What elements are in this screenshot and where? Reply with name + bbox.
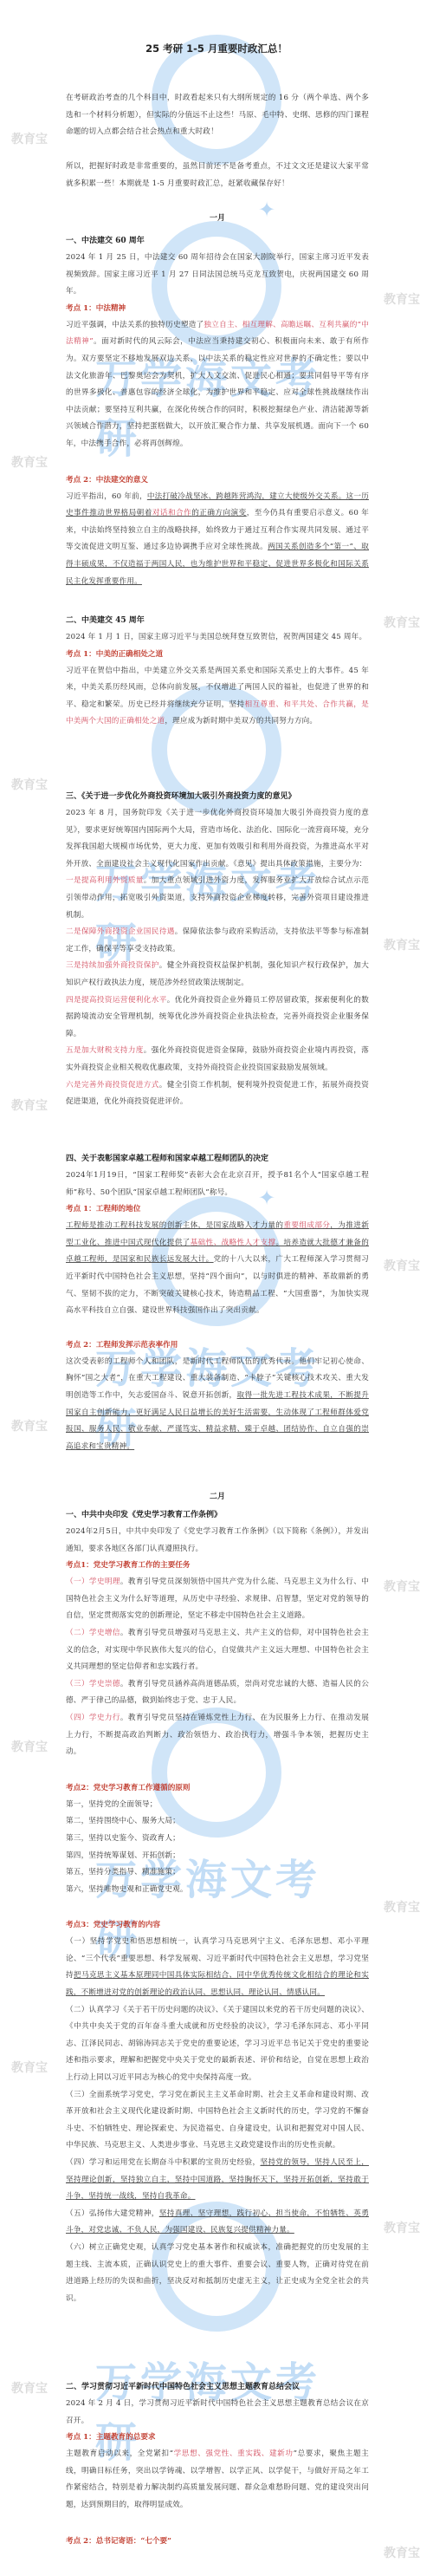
- content-item: （五）弘扬伟大建党精神，坚持真理、坚守理想，践行初心、担当使命，不怕牺牲、英勇斗…: [66, 2206, 369, 2240]
- key-point-text: 习近平强调，中法关系的独特历史塑造了独立自主、相互理解、高瞻远瞩、互利共赢的“中…: [66, 317, 369, 453]
- section-body: 2024年1月19日，“国家工程师奖”表彰大会在北京召开，授予81名个人“国家卓…: [66, 1168, 369, 1201]
- underlined-text: 把马克思主义基本原理同中国具体实际相结合、同中华优秀传统文化相结合的理论和实践，…: [66, 1971, 369, 1997]
- principle-item: 第六，坚持唯物史观和正确党史观。: [66, 1882, 369, 1899]
- side-watermark: 教育宝: [379, 1257, 424, 1276]
- side-watermark: 教育宝: [379, 936, 424, 955]
- key-point-text: 这次受表彰的工程师个人和团队，是新时代工程师队伍的优秀代表。他们牢记初心使命、胸…: [66, 1354, 369, 1456]
- task-item: （一）学史明理。教育引导党员深刻领悟中国共产党为什么能、马克思主义为什么行、中国…: [66, 1574, 369, 1625]
- task-item: （二）学史增信。教育引导党员增强对马克思主义、共产主义的信仰，对中国特色社会主义…: [66, 1625, 369, 1676]
- key-point-text: 工程师是推动工程科技发展的创新主体，是国家战略人才力量的重要组成部分，为推进新型…: [66, 1218, 369, 1320]
- task-item: （三）学史崇德。教育引导党员涵养高尚道德品质，崇尚对党忠诚的大德、造福人民的公德…: [66, 1676, 369, 1710]
- key-point-label: 考点 1：中法精神: [66, 301, 369, 317]
- section-france: 一、中法建交 60 周年 2024 年 1 月 25 日，中法建交 60 周年招…: [66, 232, 369, 590]
- content-item: （三）全面系统学习党史，学习党在新民主主义革命时期、社会主义革命和建设时期、改革…: [66, 2087, 369, 2155]
- section-heading: 一、中共中央印发《党史学习教育工作条例》: [66, 1506, 369, 1524]
- measure-lead: 三是持续加强外商投资保护: [66, 961, 159, 970]
- key-point-label: 考点 1：工程师的地位: [66, 1201, 369, 1218]
- highlight-text: 重要组成部分: [283, 1221, 330, 1230]
- section-body: 2023 年 8 月，国务院印发《关于进一步优化外商投资环境加大吸引外商投资力度…: [66, 805, 369, 873]
- section-heading: 二、学习贯彻习近平新时代中国特色社会主义思想主题教育总结会议: [66, 2378, 369, 2396]
- measure-item: 四是提高投资运营便利化水平。优化外商投资企业外籍员工停居留政策，探索便利化的数据…: [66, 992, 369, 1044]
- document-title: 25 考研 1-5 月重要时政汇总！: [0, 42, 433, 55]
- side-watermark: 教育宝: [7, 1096, 52, 1116]
- key-point-text: 主题教育启动以来，全党紧扣“学思想、强党性、重实践、建新功”总要求，聚焦主题主线…: [66, 2446, 369, 2514]
- principle-item: 第二，坚持围绕中心、服务大局；: [66, 1813, 369, 1831]
- key-point-label: 考点 2：总书记寄语：“七个要”: [66, 2534, 369, 2550]
- text-run: 。面对新时代的风云际会，中法应当秉持建交初心、积极面向未来、敢于有所作为。双方要…: [66, 337, 369, 448]
- task-item: （四）学史力行。教育引导党员坚持在锤炼党性上力行、在为民服务上力行、在推动发展上…: [66, 1710, 369, 1761]
- text-run: 主题教育启动以来，全党紧扣“: [66, 2449, 173, 2458]
- principle-item: 第三，坚持以史鉴今、资政育人；: [66, 1831, 369, 1848]
- key-point-label: 考点3：党史学习教育的内容: [66, 1917, 369, 1934]
- month-heading: 一月: [66, 211, 369, 223]
- month-heading: 二月: [66, 1490, 369, 1501]
- measure-item: 五是加大财税支持力度。强化外商投资促进资金保障，鼓励外商投资企业境内再投资，落实…: [66, 1043, 369, 1077]
- text-run: （六）树立正确党史观，认真学习党史基本著作和权威读本，准确把握党的历史发展的主题…: [66, 2243, 369, 2303]
- key-point-label: 考点 2：中法建交的意义: [66, 472, 369, 489]
- key-point-label: 考点 1：主题教育的总要求: [66, 2430, 369, 2446]
- underlined-text: 的正确方向演变: [191, 509, 247, 517]
- task-lead: （二）学史增信: [66, 1629, 120, 1637]
- section-heading: 三、《关于进一步优化外商投资环境加大吸引外商投资力度的意见》: [66, 788, 369, 805]
- content-item: （二）认真学习《关于若干历史问题的决议》、《关于建国以来党的若干历史问题的决议》…: [66, 2002, 369, 2087]
- section-heading: 一、中法建交 60 周年: [66, 232, 369, 250]
- highlight-text: 学思想、强党性、重实践、建新功: [173, 2449, 293, 2458]
- principle-item: 第一，坚持党的全面领导；: [66, 1797, 369, 1814]
- section-body: 2024 年 1 月 25 日，中法建交 60 周年招待会在国家大剧院举行，国家…: [66, 250, 369, 301]
- task-lead: （一）学史明理: [66, 1577, 120, 1586]
- side-watermark: 教育宝: [379, 2219, 424, 2238]
- text-run: 习近平强调，中法关系的独特历史塑造了: [66, 321, 204, 329]
- measure-item: 一是提高利用外资质量。加大重点领域引进外资力度，发挥服务业扩大开放综合试点示范引…: [66, 873, 369, 924]
- measure-lead: 一是提高利用外资质量: [66, 876, 144, 885]
- text-run: ，理应成为新时期中美双方的共同努力方向。: [165, 717, 317, 725]
- text-run: （五）弘扬伟大建党精神，: [66, 2209, 159, 2218]
- key-point-text: 习近平在贺信中指出，中美建立外交关系是两国关系史和国际关系史上的大事件。45 年…: [66, 663, 369, 731]
- highlight-text: 对话和合作: [152, 509, 191, 517]
- section-body: 2024年2月5日，中共中央印发了《党史学习教育工作条例》（以下简称《条例》），…: [66, 1524, 369, 1558]
- measure-item: 二是保障外商投资企业国民待遇。保障依法参与政府采购活动，支持依法平等参与标准制定…: [66, 924, 369, 958]
- section-theme-education: 二、学习贯彻习近平新时代中国特色社会主义思想主题教育总结会议 2024 年 2 …: [66, 2378, 369, 2550]
- side-watermark: 教育宝: [7, 776, 52, 795]
- principle-item: 第五，坚持分类指导、精准施策；: [66, 1864, 369, 1882]
- task-lead: （三）学史崇德: [66, 1680, 120, 1688]
- measure-lead: 四是提高投资运营便利化水平: [66, 996, 167, 1005]
- content-item: （四）学习和运用党在长期奋斗中积累的宝贵历史经验，坚持党的领导，坚持人民至上，坚…: [66, 2155, 369, 2206]
- underlined-text: 工程师是推动工程科技发展的创新主体，是国家战略人才力量的: [66, 1221, 283, 1230]
- content-item: （六）树立正确党史观，认真学习党史基本著作和权威读本，准确把握党的历史发展的主题…: [66, 2240, 369, 2307]
- side-watermark: 教育宝: [7, 453, 52, 472]
- highlight-text: 基础性、战略性人才支撑: [191, 1239, 276, 1247]
- content-item: （一）坚持学党史和悟思想相统一，认真学习马克思列宁主义、毛泽东思想、邓小平理论、…: [66, 1934, 369, 2001]
- key-point-label: 考点 1：中美的正确相处之道: [66, 647, 369, 663]
- section-heading: 二、中美建交 45 周年: [66, 612, 369, 629]
- side-watermark: 教育宝: [379, 2544, 424, 2563]
- principle-item: 第四，坚持统筹谋划、开拓创新；: [66, 1848, 369, 1865]
- key-point-label: 考点1：党史学习教育工作的主要任务: [66, 1558, 369, 1574]
- side-watermark: 教育宝: [7, 2379, 52, 2398]
- measure-lead: 五是加大财税支持力度: [66, 1046, 144, 1055]
- section-heading: 四、关于表彰国家卓越工程师和国家卓越工程师团队的决定: [66, 1150, 369, 1168]
- key-point-label: 考点 2：工程师发挥示范表率作用: [66, 1337, 369, 1354]
- measure-lead: 六是完善外商投资促进方式: [66, 1081, 159, 1090]
- measure-item: 六是完善外商投资促进方式。健全引资工作机制，便利境外投资促进工作，拓展外商投资促…: [66, 1077, 369, 1111]
- side-watermark: 教育宝: [7, 1417, 52, 1436]
- text-run: （三）全面系统学习党史，学习党在新民主主义革命时期、社会主义革命和建设时期、改革…: [66, 2091, 369, 2150]
- text-run: （二）认真学习《关于若干历史问题的决议》、《关于建国以来党的若干历史问题的决议》…: [66, 2006, 369, 2082]
- text-run: 习近平指出，60 年前，: [66, 492, 147, 501]
- text-run: （四）学习和运用党在长期奋斗中积累的宝贵历史经验，: [66, 2158, 260, 2167]
- side-watermark: 教育宝: [379, 614, 424, 633]
- side-watermark: 教育宝: [7, 130, 52, 149]
- side-watermark: 教育宝: [7, 1738, 52, 1757]
- text-run: ”总要求，聚焦主题主线，明确目标任务，突出以学铸魂、以学增智、以学正风、以学促干…: [66, 2449, 369, 2509]
- key-point-label: 考点2：党史学习教育工作遵循的原则: [66, 1780, 369, 1797]
- section-body: 2024 年 1 月 1 日，国家主席习近平与美国总统拜登互致贺信，祝贺两国建交…: [66, 629, 369, 647]
- key-point-text: 习近平指出，60 年前，中法打破冷战坚冰、跨越阵营鸿沟，建立大使级外交关系。这一…: [66, 489, 369, 591]
- measure-lead: 二是保障外商投资企业国民待遇: [66, 927, 175, 936]
- side-watermark: 教育宝: [379, 1577, 424, 1597]
- section-foreign-investment: 三、《关于进一步优化外商投资环境加大吸引外商投资力度的意见》 2023 年 8 …: [66, 788, 369, 1111]
- measure-item: 三是持续加强外商投资保护。健全外商投资权益保护机制，强化知识产权行政保护，加大知…: [66, 958, 369, 992]
- section-body: 2024 年 2 月 4 日，学习贯彻习近平新时代中国特色社会主义思想主题教育总…: [66, 2396, 369, 2430]
- text-run: 党的十八大以来，广大工程师深入学习贯彻习近平新时代中国特色社会主义思想，坚持“四…: [66, 1255, 369, 1315]
- intro-paragraph: 在考研政治考查的几个科目中，时政看起来只有大纲所规定的 16 分（两个单选、两个…: [66, 90, 369, 141]
- intro-paragraph: 所以，把握好时政是非常重要的，虽然目前还不是备考重点，不过文文还是建议大家平常就…: [66, 159, 369, 192]
- side-watermark: 教育宝: [379, 290, 424, 309]
- section-engineers: 四、关于表彰国家卓越工程师和国家卓越工程师团队的决定 2024年1月19日，“国…: [66, 1150, 369, 1455]
- underlined-text: 取得一批先进工程技术成果，不断提升国家自主创新能力，更好满足人民日益增长的美好生…: [66, 1391, 369, 1451]
- task-lead: （四）学史力行: [66, 1714, 120, 1722]
- side-watermark: 教育宝: [7, 2059, 52, 2078]
- section-party-history: 一、中共中央印发《党史学习教育工作条例》 2024年2月5日，中共中央印发了《党…: [66, 1506, 369, 2307]
- side-watermark: 教育宝: [379, 1898, 424, 1917]
- section-usa: 二、中美建交 45 周年 2024 年 1 月 1 日，国家主席习近平与美国总统…: [66, 612, 369, 731]
